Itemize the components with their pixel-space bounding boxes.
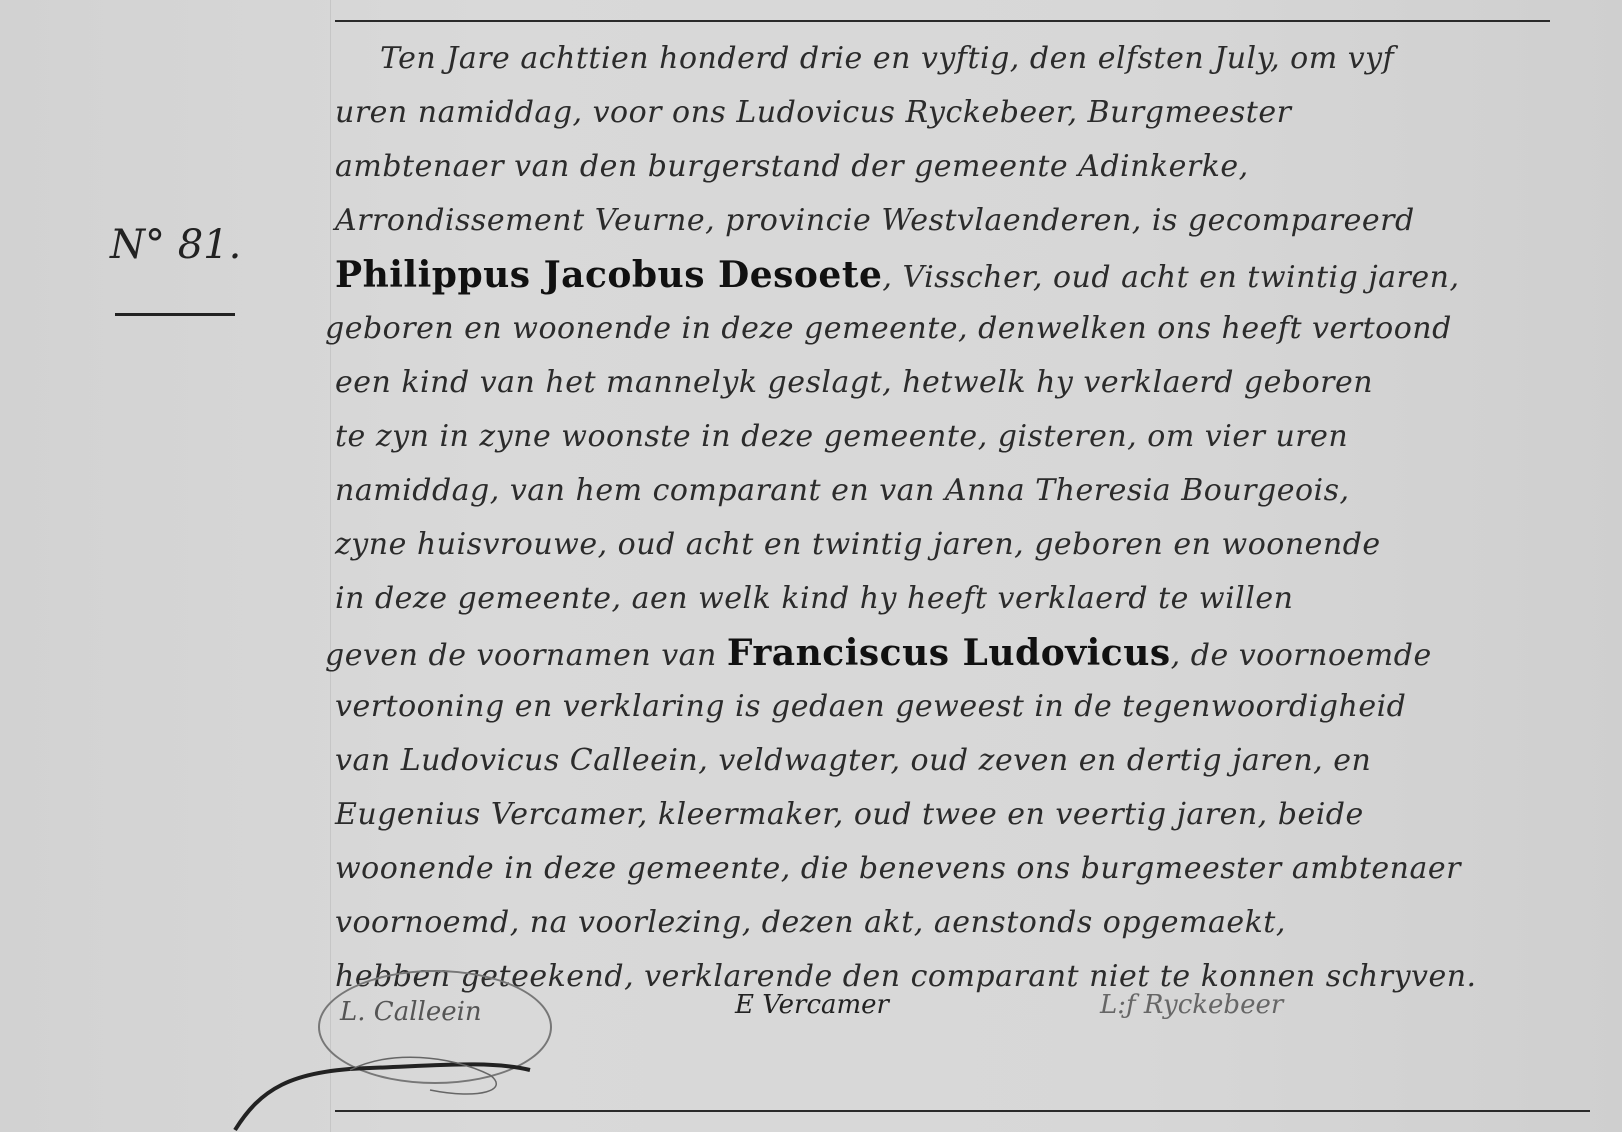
text-line-1: Ten Jare achttien honderd drie en vyftig… [335,32,1575,86]
signature-witness-1: L. Calleein [340,997,482,1027]
signature-row: L. Calleein E Vercamer L:ƒ Ryckebeer [0,985,1622,1045]
document-page: N° 81. Ten Jare achttien honderd drie en… [0,0,1622,1132]
pen-flourish [230,1030,590,1132]
line-12-prefix: geven de voornamen van [325,638,727,673]
signature-official: L:ƒ Ryckebeer [1100,990,1283,1020]
signature-witness-2: E Vercamer [735,990,889,1020]
line-12-suffix: , de voornoemde [1171,638,1432,673]
text-line-3: ambtenaer van den burgerstand der gemeen… [335,140,1575,194]
text-line-16: woonende in deze gemeente, die benevens … [335,842,1575,896]
text-line-8: te zyn in zyne woonste in deze gemeente,… [335,410,1575,464]
margin-rule [330,0,331,1132]
text-line-5: Philippus Jacobus Desoete, Visscher, oud… [335,248,1575,302]
text-line-4: Arrondissement Veurne, provincie Westvla… [335,194,1575,248]
text-line-15: Eugenius Vercamer, kleermaker, oud twee … [335,788,1575,842]
text-line-14: van Ludovicus Calleein, veldwagter, oud … [335,734,1575,788]
text-line-10: zyne huisvrouwe, oud acht en twintig jar… [335,518,1575,572]
record-number: N° 81. [110,222,241,268]
top-divider [335,20,1550,22]
record-number-underline [115,313,235,316]
text-line-12: geven de voornamen van Franciscus Ludovi… [325,626,1575,680]
father-details: , Visscher, oud acht en twintig jaren, [882,260,1459,295]
text-line-7: een kind van het mannelyk geslagt, hetwe… [335,356,1575,410]
child-name: Franciscus Ludovicus [727,632,1171,674]
text-line-9: namiddag, van hem comparant en van Anna … [335,464,1575,518]
text-line-2: uren namiddag, voor ons Ludovicus Ryckeb… [335,86,1575,140]
text-line-13: vertooning en verklaring is gedaen gewee… [335,680,1575,734]
father-name: Philippus Jacobus Desoete [335,254,882,296]
text-line-11: in deze gemeente, aen welk kind hy heeft… [335,572,1575,626]
text-line-17: voornoemd, na voorlezing, dezen akt, aen… [335,896,1575,950]
record-body: Ten Jare achttien honderd drie en vyftig… [335,32,1575,1004]
text-line-6: geboren en woonende in deze gemeente, de… [325,302,1575,356]
